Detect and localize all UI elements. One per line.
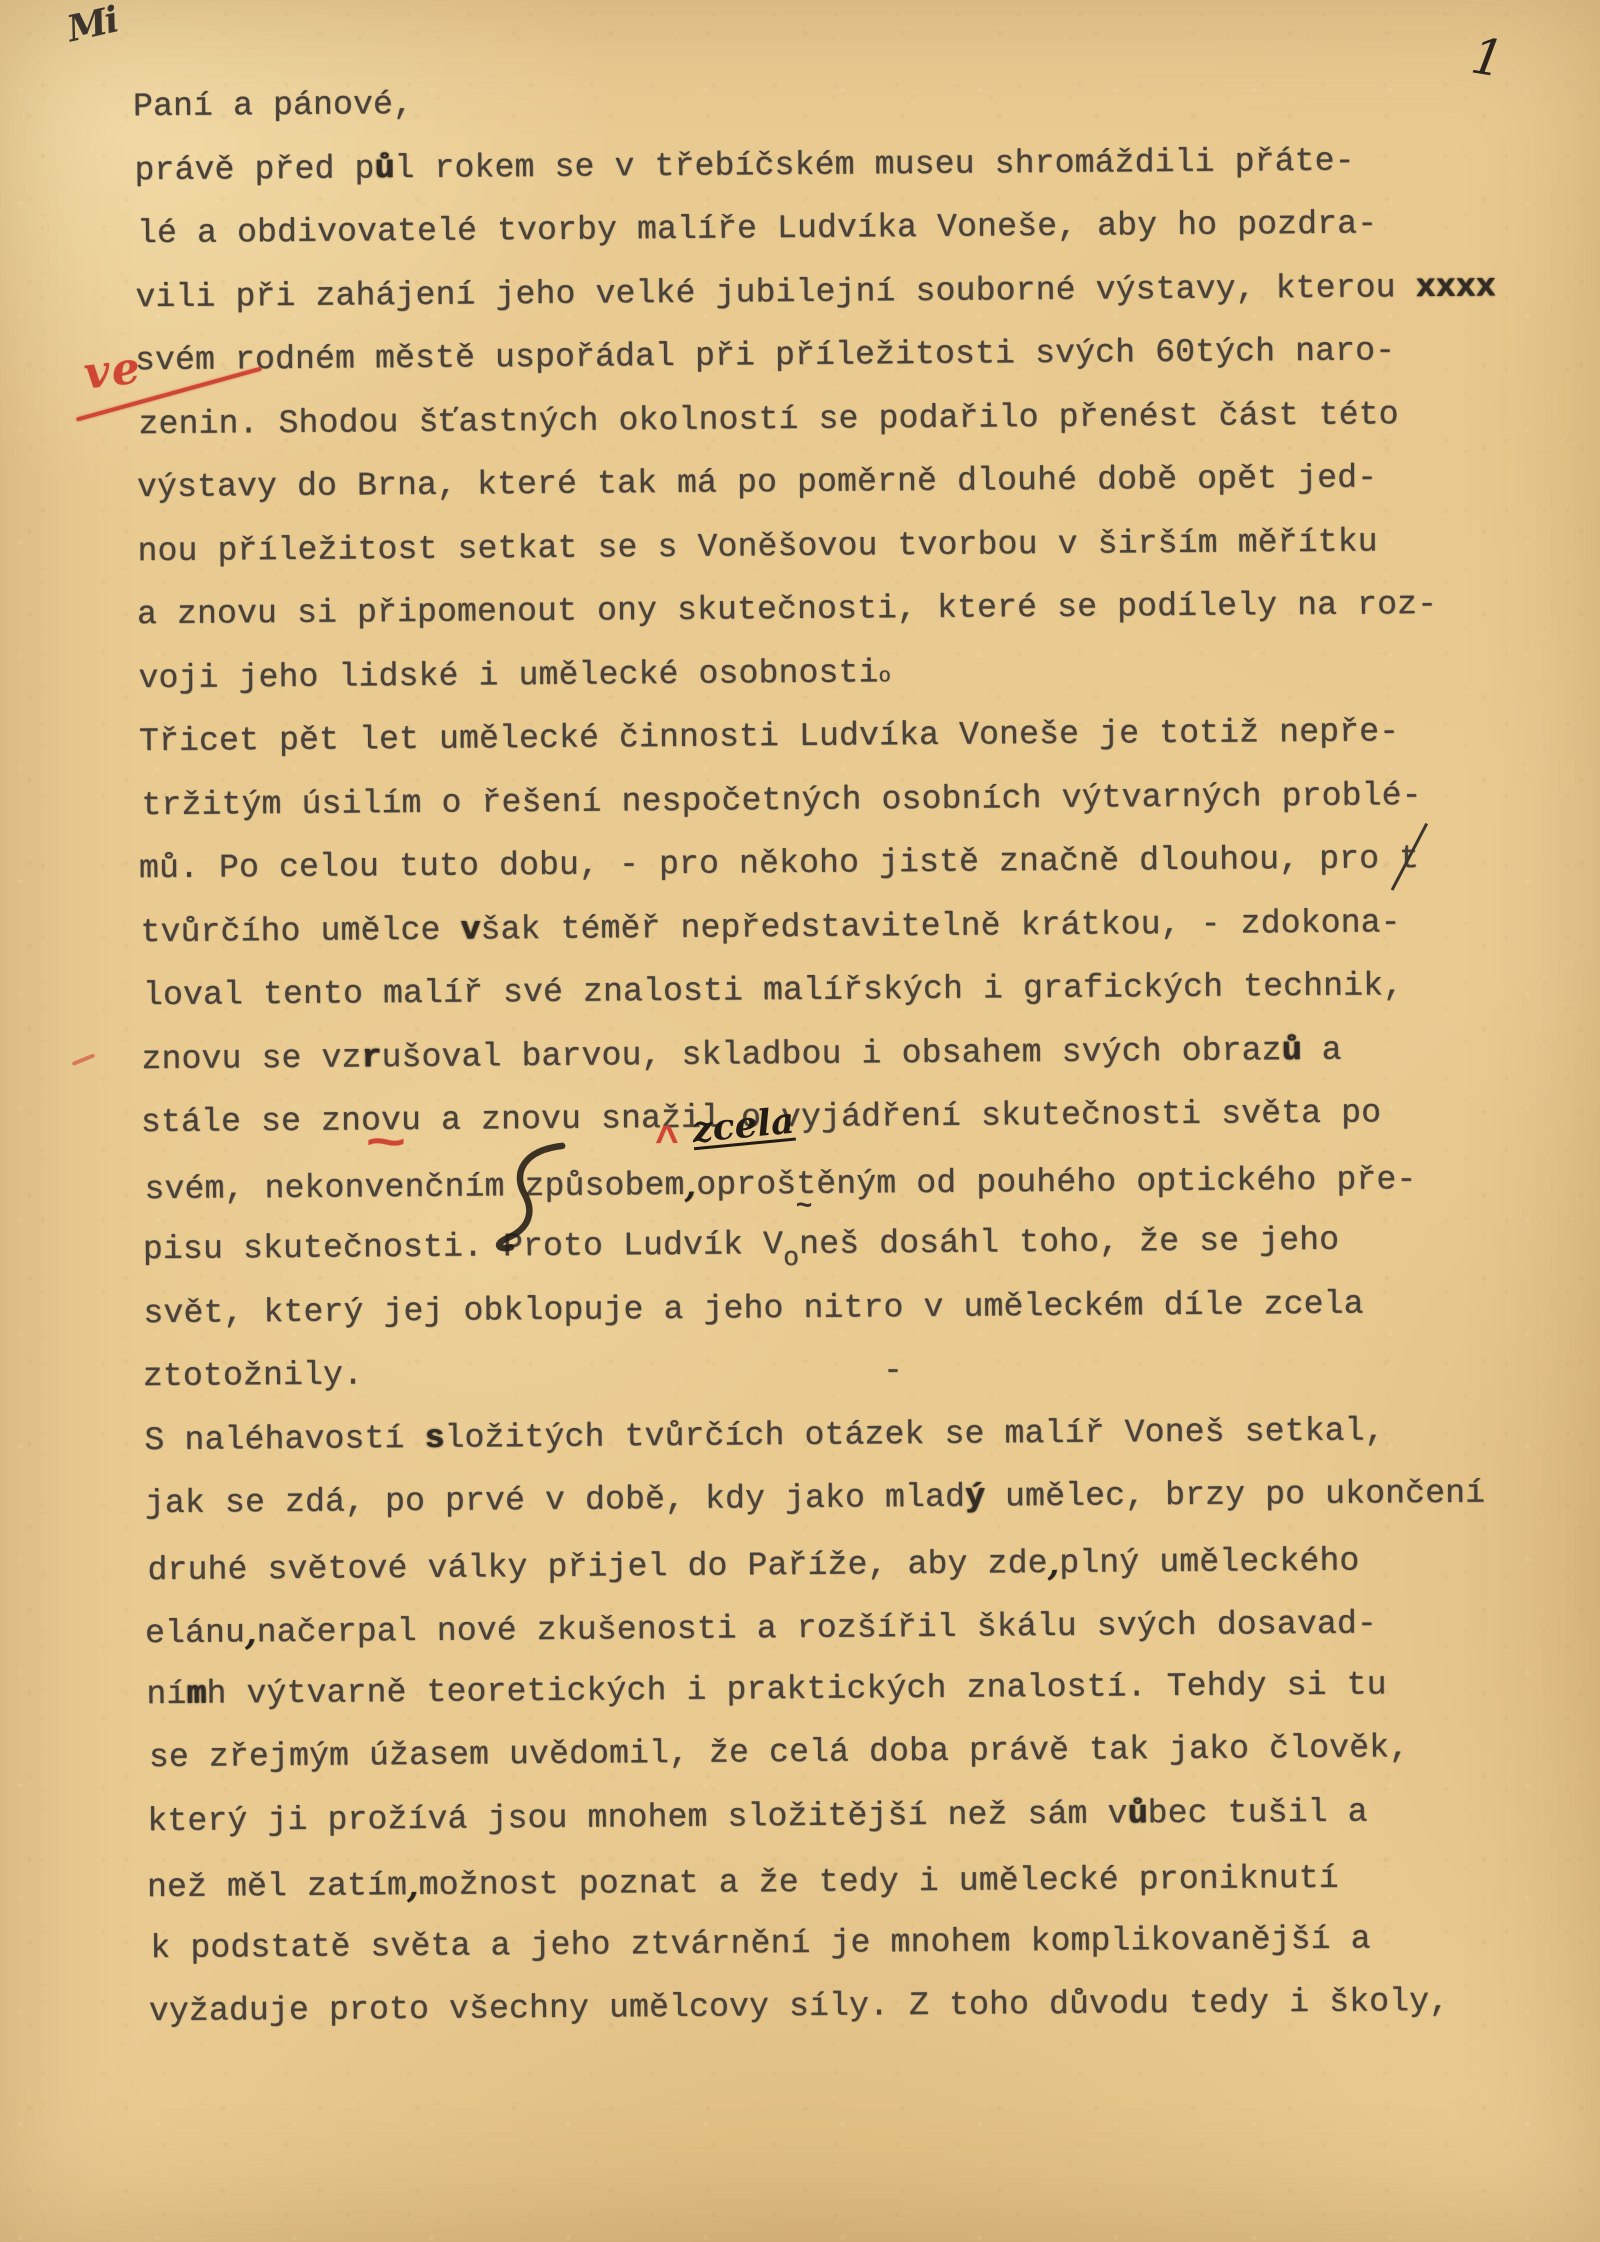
typescript-line: se zřejmým úžasem uvědomil, že celá doba… [149,1715,1569,1790]
typescript-segment-b: m [186,1675,206,1712]
typescript-segment: a [1302,1031,1342,1068]
typescript-segment: plný uměleckého [1059,1542,1359,1581]
typescript-segment-b: ů [1282,1032,1302,1069]
typescript-line: zenin. Shodou šťastných okolností se pod… [138,382,1558,457]
typescript-segment: právě před p [134,150,374,189]
typescript-segment: k podstatě světa a jeho ztvárnění je mno… [150,1920,1370,1967]
red-margin-note: ve [81,342,144,399]
typescript-line: tržitým úsilím o řešení nespočetných oso… [141,763,1561,838]
typescript-segment: pisu skutečnosti. Proto Ludvík V [143,1226,783,1268]
typescript-segment: svět, který jej obklopuje a jeho nitro v… [143,1285,1363,1332]
typescript-line: stále se znovu a znovu snažil o vyjádřen… [141,1080,1561,1155]
typescript-segment: který ji prožívá jsou mnohem složitější … [147,1795,1127,1840]
typescript-segment-b: r [361,1039,381,1076]
typescript-segment: tržitým úsilím o řešení nespočetných oso… [141,777,1421,824]
typescript-line: Paní a pánové, [133,64,1553,139]
typescript-segment-sub: o [783,1243,799,1273]
page-content: Paní a pánové,právě před půl rokem se v … [0,0,1600,2242]
typescript-page: Paní a pánové,právě před půl rokem se v … [0,0,1600,2242]
ink-mark-above-nes: ~ [796,1192,813,1223]
typescript-segment-struck: t [1399,827,1420,891]
typescript-segment: ní [146,1675,186,1712]
typescript-segment-hand: , [407,1866,419,1905]
typescript-segment: výstavy do Brna, které tak má po poměrně… [137,459,1377,506]
typescript-segment: bec tušil a [1147,1793,1367,1832]
typescript-segment: neš dosáhl toho, že se jeho [799,1222,1339,1263]
typescript-segment: elánu [145,1614,245,1652]
typescript-line: k podstatě světa a jeho ztvárnění je mno… [150,1905,1570,1980]
typescript-segment: h výtvarně teoretických i praktických zn… [206,1666,1386,1712]
typescript-segment: jak se zdá, po prvé v době, kdy jako mla… [145,1479,965,1522]
red-margin-tick [72,1053,96,1066]
typescript-line: lé a obdivovatelé tvorby malíře Ludvíka … [137,191,1557,266]
typescript-segment: l rokem se v třebíčském museu shromáždil… [394,142,1354,187]
typescript-segment: než měl zatím [147,1867,407,1906]
typescript-segment: svém rodném městě uspořádal při příležit… [135,332,1395,379]
typescript-line: Třicet pět let umělecké činnosti Ludvíka… [139,699,1559,774]
typescript-segment-b: ů [1127,1795,1147,1832]
typescript-segment-small: o [879,665,892,688]
red-tilde-mark: ~ [365,1119,407,1171]
typescript-segment: vyžaduje proto všechny umělcovy síly. Z … [149,1983,1449,2030]
typescript-segment: ložitých tvůrčích otázek se malíř Voneš … [444,1412,1384,1456]
typescript-segment: zenin. Shodou šťastných okolností se pod… [138,396,1398,443]
typescript-segment-b: ý [965,1479,985,1516]
typescript-line: svém, nekonvenčním způsobem,oproštěným o… [144,1143,1564,1218]
typescript-segment: ušoval barvou, skladbou i obsahem svých … [381,1032,1281,1076]
typescript-line: pisu skutečnosti. Proto Ludvík Voneš dos… [143,1207,1563,1282]
typescript-segment: druhé světové války přijel do Paříže, ab… [147,1545,1047,1589]
typescript-segment-hand: , [684,1165,696,1204]
red-caret-mark: ^ [655,1121,679,1166]
typescript-segment: Třicet pět let umělecké činnosti Ludvíka… [139,713,1399,760]
typescript-segment: načerpal nové zkušenosti a rozšířil škál… [257,1605,1377,1651]
typescript-line: elánu,načerpal nové zkušenosti a rozšíři… [145,1588,1565,1663]
typescript-segment: znovu se vz [141,1039,361,1078]
pencil-corner-mark: Mi [63,0,120,50]
typescript-line: jak se zdá, po prvé v době, kdy jako mla… [145,1461,1565,1536]
typescript-segment-hand: , [245,1613,257,1652]
typescript-line: a znovu si připomenout ony skutečnosti, … [137,572,1557,647]
typescript-segment: loval tento malíř své znalosti malířskýc… [143,967,1403,1014]
typescript-segment: voji jeho lidské i umělecké osobnosti [138,654,878,697]
typescript-segment: ztotožnily. - [143,1352,903,1395]
typescript-segment-b: v [460,911,480,948]
typescript-segment: nou příležitost setkat se s Voněšovou tv… [137,523,1377,570]
typescript-segment-b: s [424,1419,444,1456]
typescript-line: nímh výtvarně teoretických i praktických… [146,1651,1566,1726]
typescript-segment: Paní a pánové, [133,86,413,125]
typescript-segment: se zřejmým úžasem uvědomil, že celá doba… [149,1729,1409,1776]
typescript-line: vili při zahájení jeho velké jubilejní s… [135,255,1555,330]
typescript-segment: mů. Po celou tuto dobu, - pro někoho jis… [139,840,1399,887]
typescript-body: Paní a pánové,právě před půl rokem se v … [134,64,1569,2044]
typescript-line: ztotožnily. - [143,1334,1563,1409]
typescript-line: nou příležitost setkat se s Voněšovou tv… [137,509,1557,584]
typescript-segment: možnost poznat a že tedy i umělecké pron… [419,1860,1339,1904]
typescript-segment-b: xxxx [1416,268,1496,306]
typescript-segment-b: ů [374,150,394,187]
typescript-segment-hand: , [1047,1543,1059,1582]
typescript-segment: šak téměř nepředstavitelně krátkou, - zd… [480,904,1400,948]
typescript-segment: lé a obdivovatelé tvorby malíře Ludvíka … [137,205,1377,252]
typescript-line: svém rodném městě uspořádal při příležit… [135,318,1555,393]
typescript-line: loval tento malíř své znalosti malířskýc… [143,953,1563,1028]
typescript-segment: umělec, brzy po ukončení [985,1475,1485,1516]
typescript-line: svět, který jej obklopuje a jeho nitro v… [143,1271,1563,1346]
typescript-line: než měl zatím,možnost poznat a že tedy i… [147,1842,1567,1917]
typescript-line: S naléhavostí složitých tvůrčích otázek … [144,1398,1564,1473]
typescript-segment: svém, nekonvenčním způsobem [144,1166,684,1207]
typescript-line: tvůrčího umělce však téměř nepředstavite… [140,890,1560,965]
typescript-line: druhé světové války přijel do Paříže, ab… [147,1524,1567,1599]
typescript-line: voji jeho lidské i umělecké osobnostio [138,636,1558,711]
typescript-segment: a znovu si připomenout ony skutečnosti, … [137,586,1437,633]
typescript-segment: vili při zahájení jeho velké jubilejní s… [135,269,1415,316]
typescript-segment: tvůrčího umělce [140,911,460,951]
typescript-line: výstavy do Brna, které tak má po poměrně… [137,445,1557,520]
typescript-line: vyžaduje proto všechny umělcovy síly. Z … [149,1969,1569,2044]
typescript-line: znovu se vzrušoval barvou, skladbou i ob… [141,1017,1561,1092]
ink-insertion-stroke-icon [486,1140,571,1253]
typescript-segment: S naléhavostí [144,1419,424,1458]
typescript-line: který ji prožívá jsou mnohem složitější … [147,1778,1567,1853]
typescript-line: právě před půl rokem se v třebíčském mus… [134,128,1554,203]
typescript-line: mů. Po celou tuto dobu, - pro někoho jis… [139,826,1559,901]
